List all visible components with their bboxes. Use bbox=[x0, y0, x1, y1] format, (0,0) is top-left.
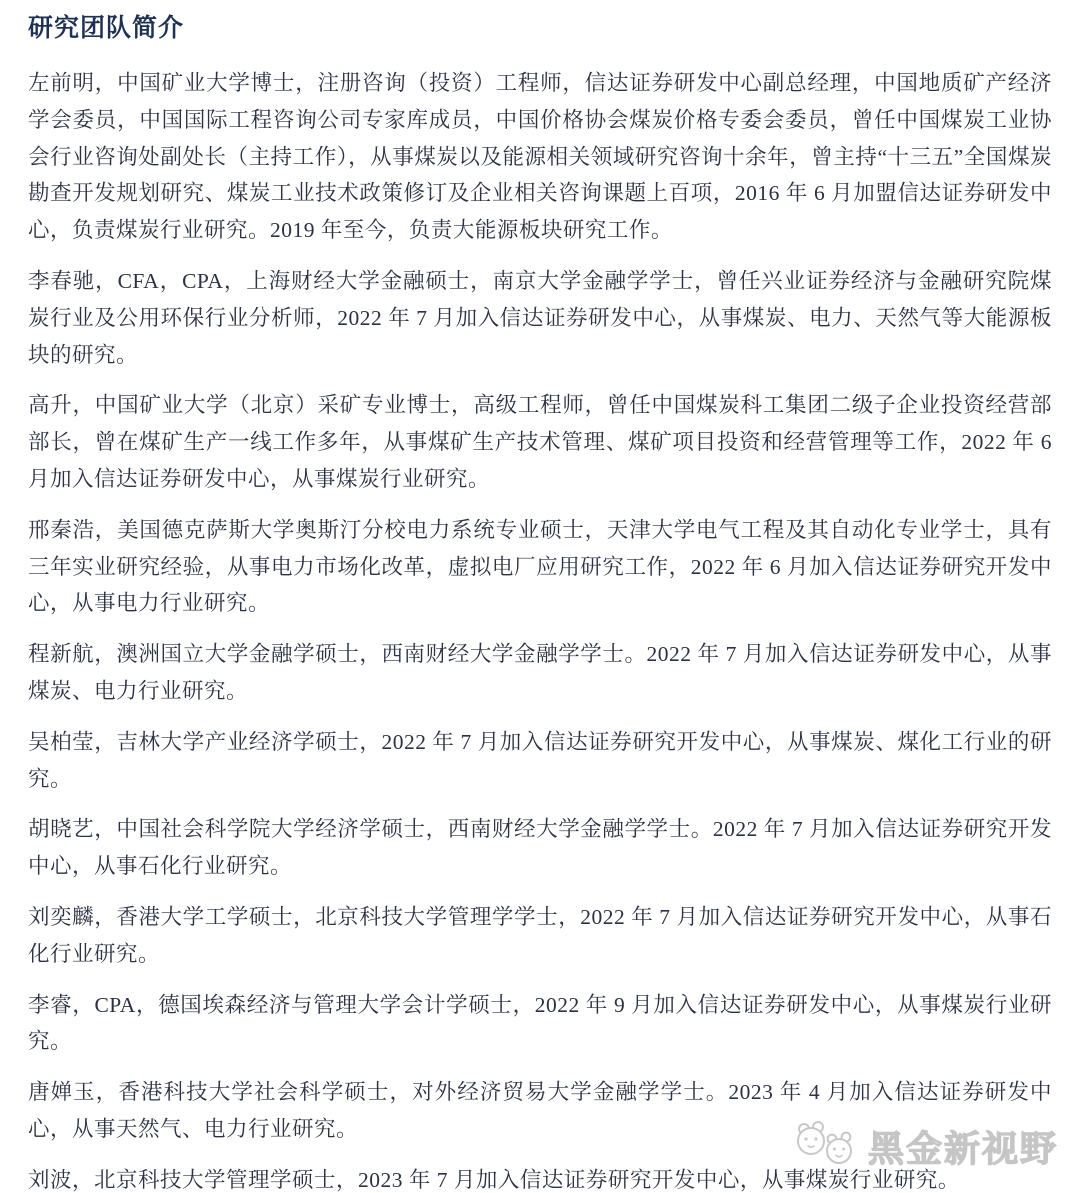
bio-paragraph-wuboying: 吴柏莹，吉林大学产业经济学硕士，2022 年 7 月加入信达证券研究开发中心，从… bbox=[28, 724, 1052, 798]
bio-paragraph-lichunchi: 李春驰，CFA，CPA，上海财经大学金融硕士，南京大学金融学学士，曾任兴业证券经… bbox=[28, 263, 1052, 373]
bio-paragraph-zuoqianming: 左前明，中国矿业大学博士，注册咨询（投资）工程师，信达证券研发中心副总经理，中国… bbox=[28, 65, 1052, 249]
bio-paragraph-liuyilin: 刘奕麟，香港大学工学硕士，北京科技大学管理学学士，2022 年 7 月加入信达证… bbox=[28, 899, 1052, 973]
bio-paragraph-huxiaoyi: 胡晓艺，中国社会科学院大学经济学硕士，西南财经大学金融学学士。2022 年 7 … bbox=[28, 811, 1052, 885]
document-page: 研究团队简介 左前明，中国矿业大学博士，注册咨询（投资）工程师，信达证券研发中心… bbox=[0, 0, 1080, 1193]
bio-paragraph-liubo: 刘波，北京科技大学管理学硕士，2023 年 7 月加入信达证券研究开发中心，从事… bbox=[28, 1162, 1052, 1193]
page-title: 研究团队简介 bbox=[28, 8, 1052, 44]
bio-paragraph-chengxinhang: 程新航，澳洲国立大学金融学硕士，西南财经大学金融学学士。2022 年 7 月加入… bbox=[28, 636, 1052, 710]
bio-paragraph-gaosheng: 高升，中国矿业大学（北京）采矿专业博士，高级工程师，曾任中国煤炭科工集团二级子企… bbox=[28, 387, 1052, 497]
bio-paragraph-xingqinhao: 邢秦浩，美国德克萨斯大学奥斯汀分校电力系统专业硕士，天津大学电气工程及其自动化专… bbox=[28, 512, 1052, 622]
bio-paragraph-tangchanyu: 唐婵玉，香港科技大学社会科学硕士，对外经济贸易大学金融学学士。2023 年 4 … bbox=[28, 1074, 1052, 1148]
bio-paragraph-lirui: 李睿，CPA，德国埃森经济与管理大学会计学硕士，2022 年 9 月加入信达证券… bbox=[28, 987, 1052, 1061]
